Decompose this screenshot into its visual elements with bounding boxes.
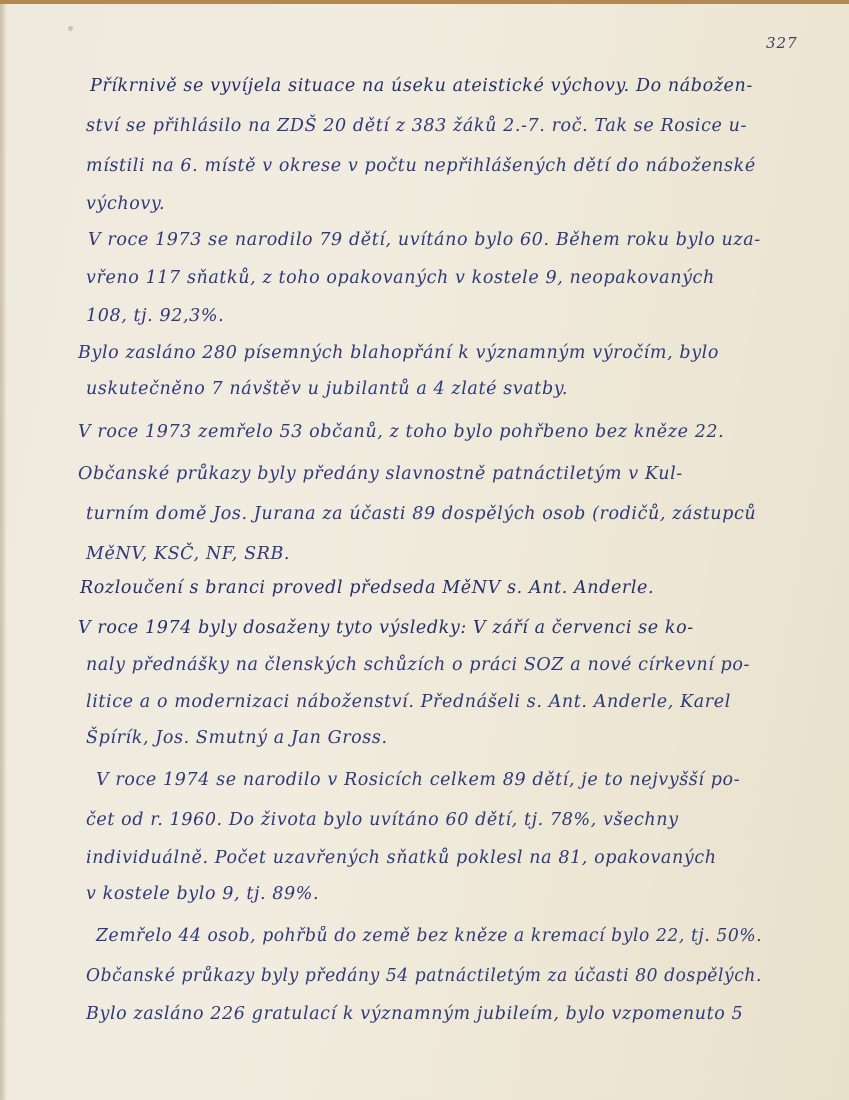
- text-line: výchovy.: [86, 194, 165, 214]
- text-line: v kostele bylo 9, tj. 89%.: [86, 884, 319, 904]
- text-line: čet od r. 1960. Do života bylo uvítáno 6…: [86, 810, 679, 830]
- chronicle-page: 327 Příkrnivě se vyvíjela situace na úse…: [0, 4, 849, 1100]
- text-line: 108, tj. 92,3%.: [86, 306, 224, 326]
- page-number: 327: [766, 34, 798, 52]
- text-line: Občanské průkazy byly předány slavnostně…: [78, 464, 683, 484]
- text-line: Bylo zasláno 280 písemných blahopřání k …: [78, 343, 719, 363]
- text-line: Bylo zasláno 226 gratulací k významným j…: [86, 1004, 743, 1024]
- text-line: V roce 1974 se narodilo v Rosicích celke…: [96, 770, 740, 790]
- text-line: Občanské průkazy byly předány 54 patnáct…: [86, 966, 762, 986]
- text-line: V roce 1974 byly dosaženy tyto výsledky:…: [78, 618, 694, 638]
- text-line: litice a o modernizaci náboženství. Před…: [86, 692, 731, 712]
- text-line: Příkrnivě se vyvíjela situace na úseku a…: [90, 76, 753, 96]
- text-line: ství se přihlásilo na ZDŠ 20 dětí z 383 …: [86, 116, 747, 136]
- text-line: MěNV, KSČ, NF, SRB.: [86, 544, 290, 564]
- text-line: V roce 1973 zemřelo 53 občanů, z toho by…: [78, 422, 724, 442]
- text-line: vřeno 117 sňatků, z toho opakovaných v k…: [86, 268, 715, 288]
- text-line: Zemřelo 44 osob, pohřbů do země bez kněz…: [96, 926, 762, 946]
- text-line: turním domě Jos. Jurana za účasti 89 dos…: [86, 504, 756, 524]
- text-line: V roce 1973 se narodilo 79 dětí, uvítáno…: [88, 230, 761, 250]
- text-line: místili na 6. místě v okrese v počtu nep…: [86, 156, 756, 176]
- ink-spot: [68, 26, 73, 31]
- text-line: Rozloučení s branci provedl předseda MěN…: [80, 578, 654, 598]
- text-line: naly přednášky na členských schůzích o p…: [86, 655, 750, 675]
- text-line: uskutečněno 7 návštěv u jubilantů a 4 zl…: [86, 379, 568, 399]
- text-line: Špírík, Jos. Smutný a Jan Gross.: [86, 728, 388, 748]
- text-line: individuálně. Počet uzavřených sňatků po…: [86, 848, 717, 868]
